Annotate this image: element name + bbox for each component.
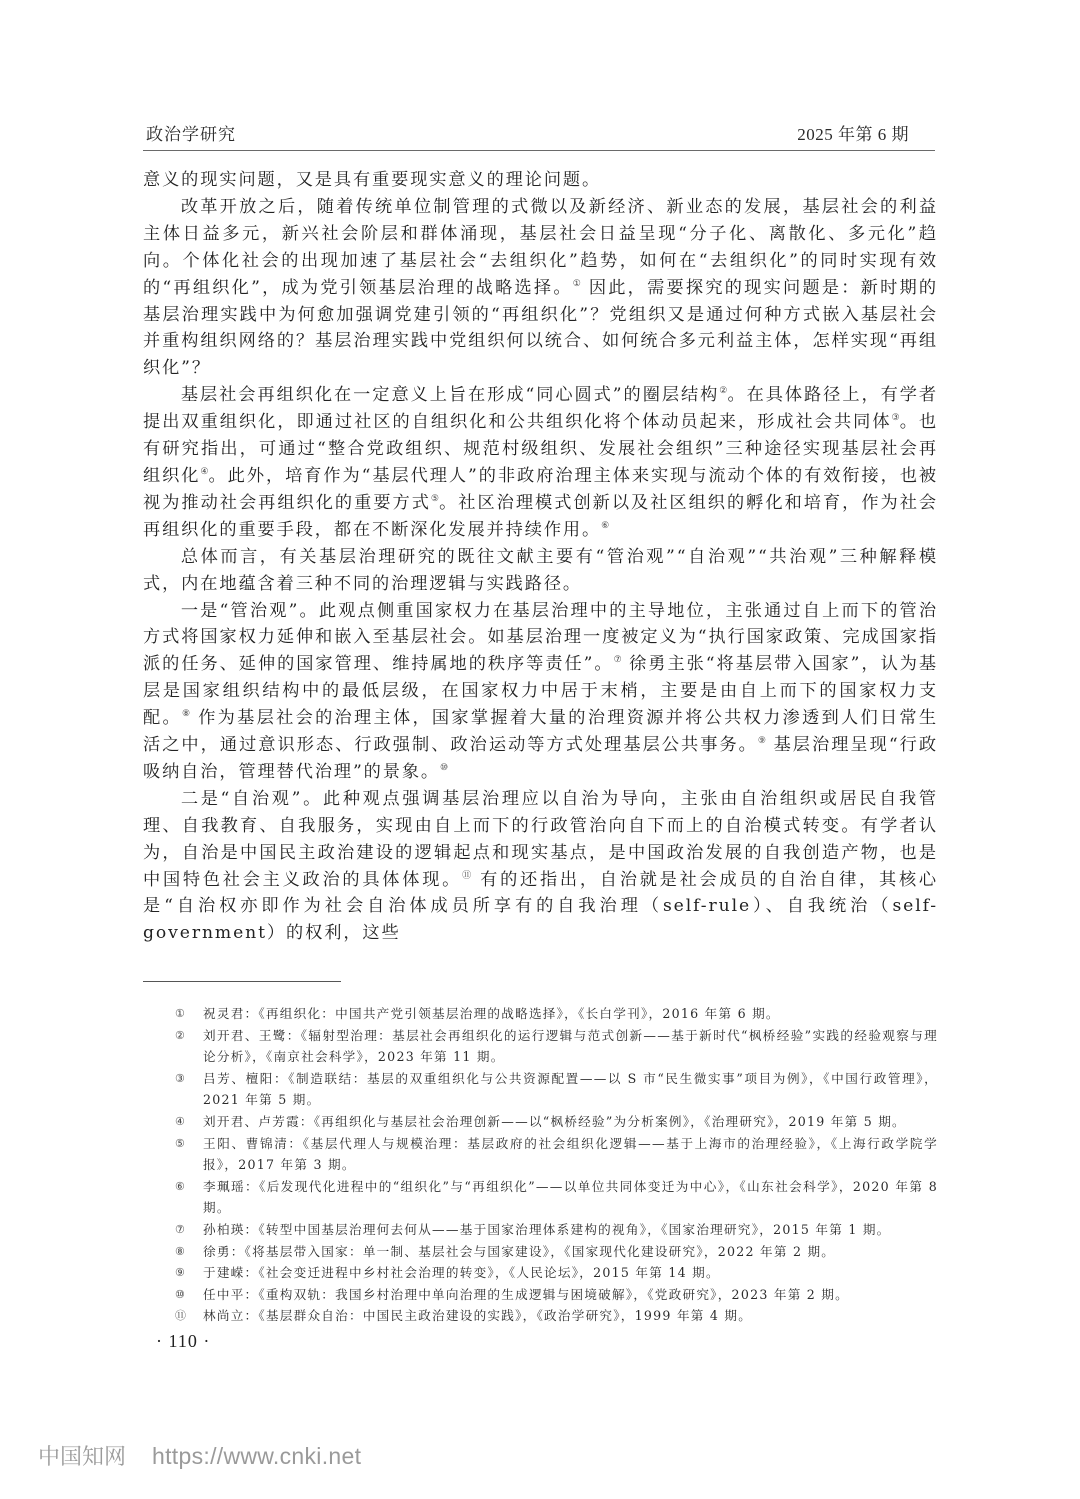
footnote-item: ⑤王阳、曹锦清：《基层代理人与规模治理：基层政府的社会组织化逻辑——基于上海市的… [143, 1133, 938, 1176]
body-paragraph: 一是“管治观”。此观点侧重国家权力在基层治理中的主导地位，主张通过自上而下的管治… [143, 598, 938, 786]
footnote-text: 刘开君、王鹭：《辐射型治理：基层社会再组织化的运行逻辑与范式创新——基于新时代“… [203, 1028, 938, 1065]
watermark-url: https://www.cnki.net [152, 1443, 361, 1470]
footnote-text: 孙柏瑛：《转型中国基层治理何去何从——基于国家治理体系建构的视角》，《国家治理研… [203, 1222, 891, 1237]
footnote-divider [143, 981, 341, 982]
body-paragraph: 二是“自治观”。此种观点强调基层治理应以自治为导向，主张由自治组织或居民自我管理… [143, 786, 938, 947]
footnote-item: ⑦孙柏瑛：《转型中国基层治理何去何从——基于国家治理体系建构的视角》，《国家治理… [143, 1219, 938, 1241]
footnote-text: 林尚立：《基层群众自治：中国民主政治建设的实践》，《政治学研究》，1999 年第… [203, 1308, 752, 1323]
footnote-item: ②刘开君、王鹭：《辐射型治理：基层社会再组织化的运行逻辑与范式创新——基于新时代… [143, 1025, 938, 1068]
journal-title: 政治学研究 [146, 120, 236, 145]
footnote-text: 任中平：《重构双轨：我国乡村治理中单向治理的生成逻辑与困境破解》，《党政研究》，… [203, 1287, 849, 1302]
footnote-number: ② [175, 1025, 185, 1047]
footnote-number: ⑤ [175, 1133, 185, 1155]
footnote-text: 李珮瑶：《后发现代化进程中的“组织化”与“再组织化”——以单位共同体变迁为中心》… [203, 1179, 938, 1216]
footnote-number: ⑦ [175, 1219, 185, 1241]
footnote-ref[interactable]: ⑤ [431, 494, 439, 504]
footnote-text: 王阳、曹锦清：《基层代理人与规模治理：基层政府的社会组织化逻辑——基于上海市的治… [203, 1136, 938, 1173]
footnote-ref[interactable]: ④ [200, 467, 208, 477]
footnote-ref[interactable]: ⑥ [601, 521, 609, 531]
paragraph-text: 意义的现实问题，又是具有重要现实意义的理论问题。 [143, 170, 601, 190]
body-paragraph: 总体而言，有关基层治理研究的既往文献主要有“管治观”“自治观”“共治观”三种解释… [143, 544, 938, 598]
footnote-item: ④刘开君、卢芳霞：《再组织化与基层社会治理创新——以“枫桥经验”为分析案例》，《… [143, 1111, 938, 1133]
footnote-text: 于建嵘：《社会变迁进程中乡村社会治理的转变》，《人民论坛》，2015 年第 14… [203, 1265, 720, 1280]
footnote-number: ⑥ [175, 1176, 185, 1198]
footnote-item: ⑥李珮瑶：《后发现代化进程中的“组织化”与“再组织化”——以单位共同体变迁为中心… [143, 1176, 938, 1219]
footnote-text: 祝灵君：《再组织化：中国共产党引领基层治理的战略选择》，《长白学刊》，2016 … [203, 1006, 780, 1021]
paragraph-text: 总体而言，有关基层治理研究的既往文献主要有“管治观”“自治观”“共治观”三种解释… [143, 547, 938, 594]
footnote-number: ⑩ [175, 1284, 185, 1306]
footnote-text: 吕芳、檀阳：《制造联结：基层的双重组织化与公共资源配置——以 S 市“民生微实事… [203, 1071, 938, 1108]
footnote-ref[interactable]: ⑨ [758, 736, 766, 746]
footnote-number: ⑪ [175, 1305, 186, 1327]
watermark-brand: 中国知网 [38, 1440, 126, 1471]
footnote-number: ④ [175, 1111, 185, 1133]
footnote-item: ⑩任中平：《重构双轨：我国乡村治理中单向治理的生成逻辑与困境破解》，《党政研究》… [143, 1284, 938, 1306]
footnote-ref[interactable]: ③ [892, 413, 900, 423]
footnote-number: ③ [175, 1068, 185, 1090]
footnote-text: 徐勇：《将基层带入国家：单一制、基层社会与国家建设》，《国家现代化建设研究》，2… [203, 1244, 835, 1259]
paragraph-text: 基层社会再组织化在一定意义上旨在形成“同心圆式”的圈层结构 [181, 385, 719, 405]
footnote-item: ⑪林尚立：《基层群众自治：中国民主政治建设的实践》，《政治学研究》，1999 年… [143, 1305, 938, 1327]
footnote-number: ⑧ [175, 1241, 185, 1263]
body-paragraph: 意义的现实问题，又是具有重要现实意义的理论问题。 [143, 167, 938, 194]
footnotes: ①祝灵君：《再组织化：中国共产党引领基层治理的战略选择》，《长白学刊》，2016… [143, 1003, 938, 1327]
footnote-text: 刘开君、卢芳霞：《再组织化与基层社会治理创新——以“枫桥经验”为分析案例》，《治… [203, 1114, 906, 1129]
footnote-ref[interactable]: ⑪ [462, 871, 472, 881]
footnote-ref[interactable]: ① [573, 279, 581, 289]
footnote-item: ⑧徐勇：《将基层带入国家：单一制、基层社会与国家建设》，《国家现代化建设研究》，… [143, 1241, 938, 1263]
cnki-watermark: 中国知网 https://www.cnki.net [38, 1440, 361, 1471]
page-number: · 110 · [156, 1331, 210, 1352]
footnote-number: ⑨ [175, 1262, 185, 1284]
footnote-ref[interactable]: ⑩ [440, 763, 448, 773]
footnote-item: ⑨于建嵘：《社会变迁进程中乡村社会治理的转变》，《人民论坛》，2015 年第 1… [143, 1262, 938, 1284]
footnote-number: ① [175, 1003, 185, 1025]
body-text: 意义的现实问题，又是具有重要现实意义的理论问题。改革开放之后，随着传统单位制管理… [143, 167, 938, 947]
body-paragraph: 基层社会再组织化在一定意义上旨在形成“同心圆式”的圈层结构②。在具体路径上，有学… [143, 382, 938, 543]
body-paragraph: 改革开放之后，随着传统单位制管理的式微以及新经济、新业态的发展，基层社会的利益主… [143, 194, 938, 382]
issue-label: 2025 年第 6 期 [797, 120, 909, 145]
footnote-item: ③吕芳、檀阳：《制造联结：基层的双重组织化与公共资源配置——以 S 市“民生微实… [143, 1068, 938, 1111]
running-head: 政治学研究 2025 年第 6 期 [143, 116, 935, 151]
footnote-item: ①祝灵君：《再组织化：中国共产党引领基层治理的战略选择》，《长白学刊》，2016… [143, 1003, 938, 1025]
footnote-ref[interactable]: ⑦ [614, 655, 622, 665]
